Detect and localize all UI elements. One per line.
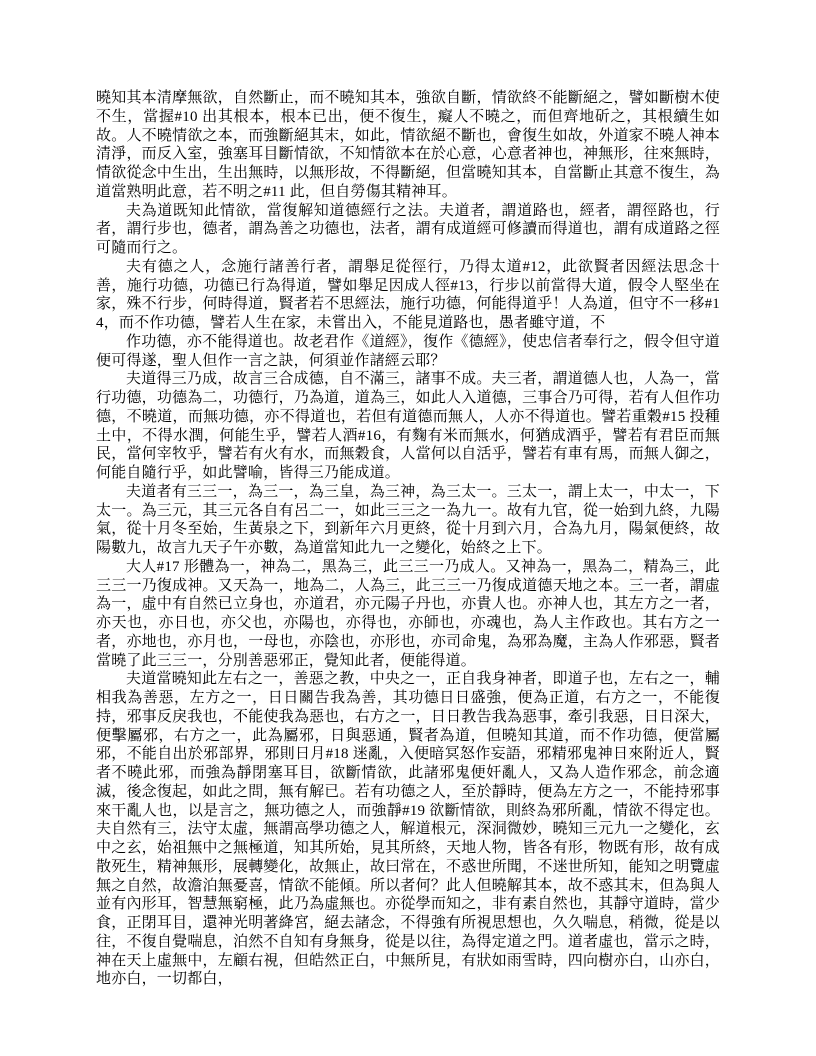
paragraph-1: 曉知其本清摩無欲，自然斷止，而不曉知其本，強欲自斷，情欲終不能斷絕之，譬如斷樹木… <box>96 89 720 202</box>
paragraph-2: 夫為道既知此情欲，當復解知道德經行之法。夫道者，謂道路也，經者，謂徑路也，行者，… <box>96 202 720 258</box>
document-text-block: 曉知其本清摩無欲，自然斷止，而不曉知其本，強欲自斷，情欲終不能斷絕之，譬如斷樹木… <box>96 89 720 989</box>
paragraph-5: 夫道得三乃成，故言三合成德，自不滿三，諸事不成。夫三者，謂道德人也，人為一，當行… <box>96 370 720 483</box>
paragraph-3: 夫有德之人，念施行諸善行者，謂舉足從徑行，乃得太道#12，此欲賢者因經法思念十善… <box>96 258 720 333</box>
paragraph-4: 作功德，亦不能得道也。故老君作《道經》，復作《德經》，使忠信者奉行之，假令但守道… <box>96 333 720 371</box>
document-page: 曉知其本清摩無欲，自然斷止，而不曉知其本，強欲自斷，情欲終不能斷絕之，譬如斷樹木… <box>0 0 816 1056</box>
paragraph-6: 夫道者有三三一，為三一，為三皇，為三神，為三太一。三太一，謂上太一，中太一，下太… <box>96 483 720 558</box>
paragraph-8: 夫道當曉知此左右之一，善惡之教，中央之一，正自我身神者，即道子也，左右之一，輔相… <box>96 670 720 989</box>
paragraph-7: 大人#17 形體為一，神為二，黑為三，此三三一乃成人。又神為一，黑為二，精為三，… <box>96 558 720 671</box>
